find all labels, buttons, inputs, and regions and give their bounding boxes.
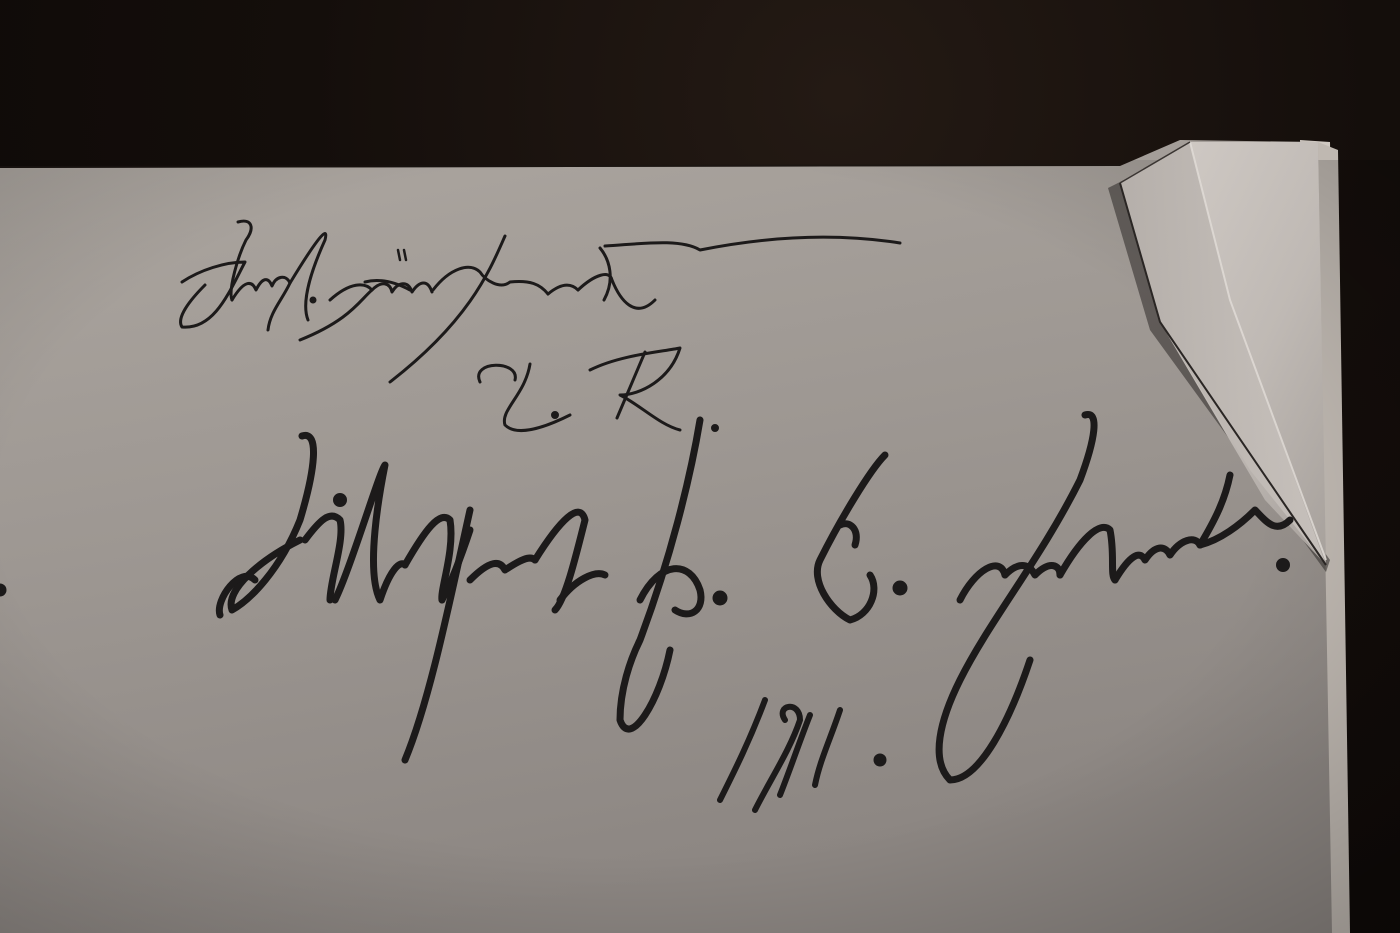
paper-page: Herzl. Freundschaft E. R. Bibliothek d. …: [0, 0, 1400, 933]
photo-scene: [0, 0, 1400, 933]
